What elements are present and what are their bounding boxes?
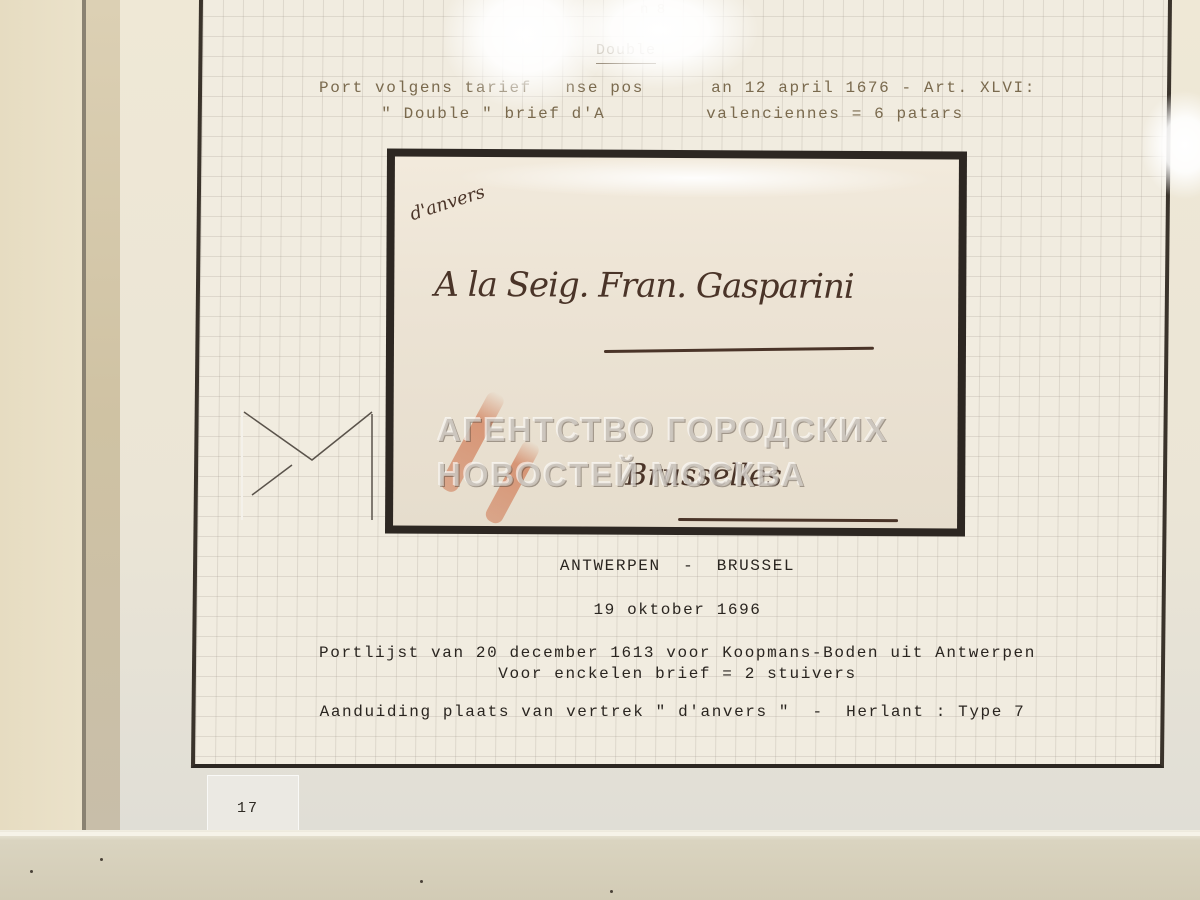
route-label: ANTWERPEN - BRUSSEL: [195, 557, 1160, 575]
origin-mark: d'anvers: [407, 182, 487, 226]
address-line: A la Seig. Fran. Gasparini: [434, 265, 854, 307]
frame-band: [86, 0, 120, 835]
flourish-stroke: [604, 347, 874, 353]
frame-bottom-ledge: [0, 830, 1200, 900]
portlijst-line-1: Portlijst van 20 december 1613 voor Koop…: [195, 644, 1160, 662]
watermark-line-2: НОВОСТЕЙ МОСКВА: [437, 456, 806, 494]
portlijst-line-2: Voor enckelen brief = 2 stuivers: [195, 665, 1160, 683]
marking-note: Aanduiding plaats van vertrek " d'anvers…: [190, 703, 1155, 721]
destination-underline: [678, 518, 898, 522]
watermark-line-1: АГЕНТСТВО ГОРОДСКИХ: [437, 411, 889, 449]
section-heading: Double: [596, 42, 656, 64]
wall-left: [0, 0, 82, 835]
page-number: 17: [237, 800, 259, 817]
dust-speck: [610, 890, 613, 893]
ledge-highlight: [0, 832, 1200, 836]
dust-speck: [420, 880, 423, 883]
tariff-line-1: Port volgens tarief nse pos an 12 april …: [195, 79, 1160, 97]
tariff-line-2: " Double " brief d'A valenciennes = 6 pa…: [190, 105, 1155, 123]
dust-speck: [30, 870, 33, 873]
heading-top-partial: n 8: [640, 2, 665, 18]
envelope-glare: [455, 157, 935, 200]
watermark-logo-icon: [232, 400, 382, 525]
date-label: 19 oktober 1696: [195, 601, 1160, 619]
dust-speck: [100, 858, 103, 861]
